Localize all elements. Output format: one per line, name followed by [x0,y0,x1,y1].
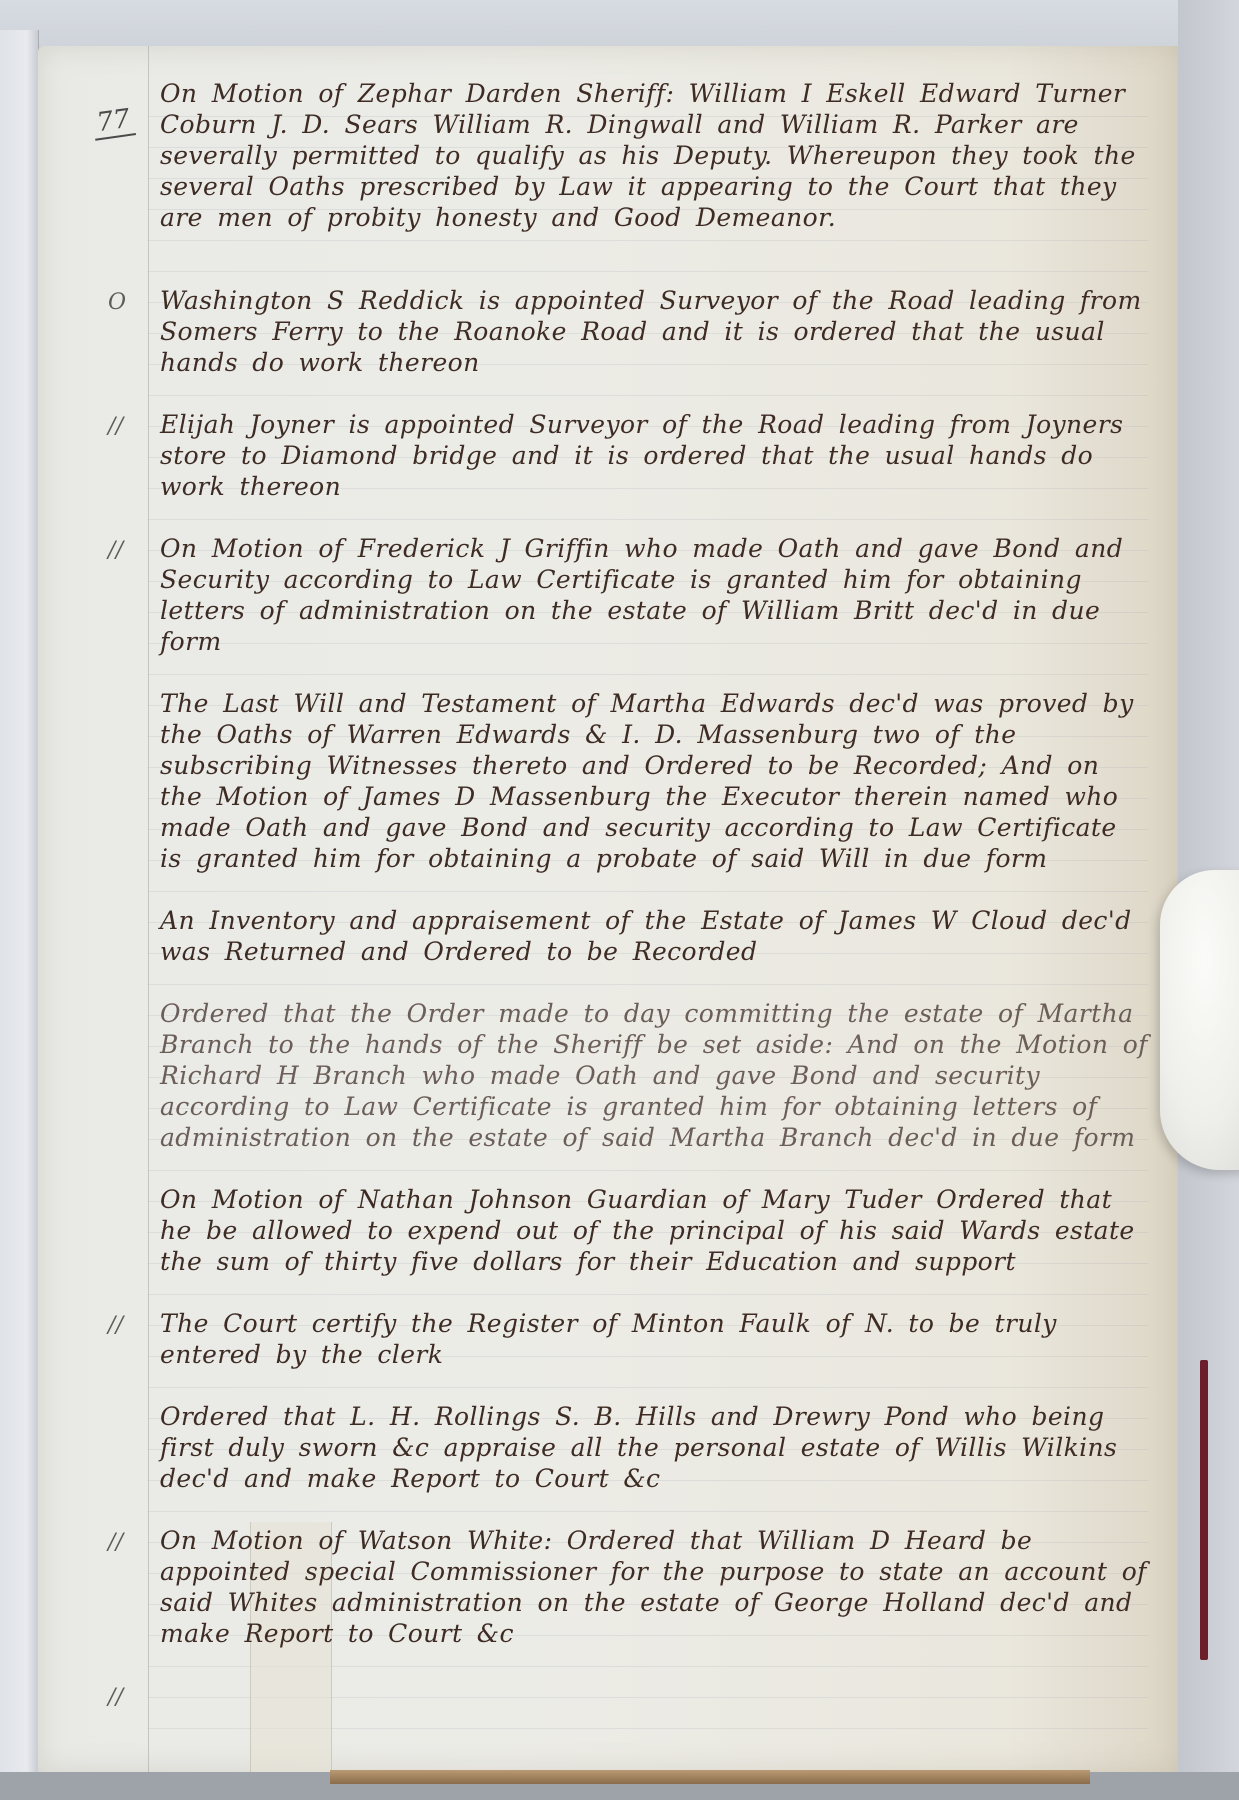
trailing-entry: // [160,1680,1150,1700]
minute-entry: // On Motion of Frederick J Griffin who … [160,533,1150,657]
entry-text: Ordered that L. H. Rollings S. B. Hills … [160,1402,1117,1493]
minute-entry: O Washington S Reddick is appointed Surv… [160,285,1150,378]
book-binding-edge [1200,1360,1208,1660]
page-bottom-edge [330,1770,1090,1784]
entry-text: On Motion of Watson White: Ordered that … [160,1526,1147,1648]
entry-text: The Court certify the Register of Minton… [160,1309,1057,1369]
ledger-page: 77 On Motion of Zephar Darden Sheriff: W… [38,46,1178,1772]
margin-rule-line [148,46,149,1772]
entry-text: The Last Will and Testament of Martha Ed… [160,689,1134,873]
margin-mark: O [108,287,126,318]
margin-mark: // [108,535,124,566]
minute-entry: Ordered that the Order made to day commi… [160,998,1150,1153]
minute-entry: Ordered that L. H. Rollings S. B. Hills … [160,1401,1150,1494]
entry-text: Washington S Reddick is appointed Survey… [160,286,1142,377]
entry-text: On Motion of Zephar Darden Sheriff: Will… [160,79,1136,232]
minute-entry: An Inventory and appraisement of the Est… [160,905,1150,967]
minute-entry: // Elijah Joyner is appointed Surveyor o… [160,409,1150,502]
minutes-text-column: On Motion of Zephar Darden Sheriff: Will… [160,78,1150,1731]
scan-backdrop-top [0,0,1239,46]
entry-text: On Motion of Frederick J Griffin who mad… [160,534,1123,656]
margin-mark: // [108,411,124,442]
margin-mark: // [108,1310,124,1341]
margin-mark: // [108,1527,124,1558]
facing-page-edge [0,30,39,1800]
minute-entry: On Motion of Nathan Johnson Guardian of … [160,1184,1150,1277]
entry-text: An Inventory and appraisement of the Est… [160,906,1132,966]
minute-entry: // On Motion of Watson White: Ordered th… [160,1525,1150,1649]
minute-entry: On Motion of Zephar Darden Sheriff: Will… [160,78,1150,233]
margin-mark: // [108,1682,124,1713]
minute-entry: // The Court certify the Register of Min… [160,1308,1150,1370]
entry-text: Ordered that the Order made to day commi… [160,999,1148,1152]
minute-entry: The Last Will and Testament of Martha Ed… [160,688,1150,874]
entry-text: Elijah Joyner is appointed Surveyor of t… [160,410,1123,501]
page-number: 77 [91,103,136,140]
entry-text: On Motion of Nathan Johnson Guardian of … [160,1185,1135,1276]
gloved-thumb [1160,870,1239,1170]
